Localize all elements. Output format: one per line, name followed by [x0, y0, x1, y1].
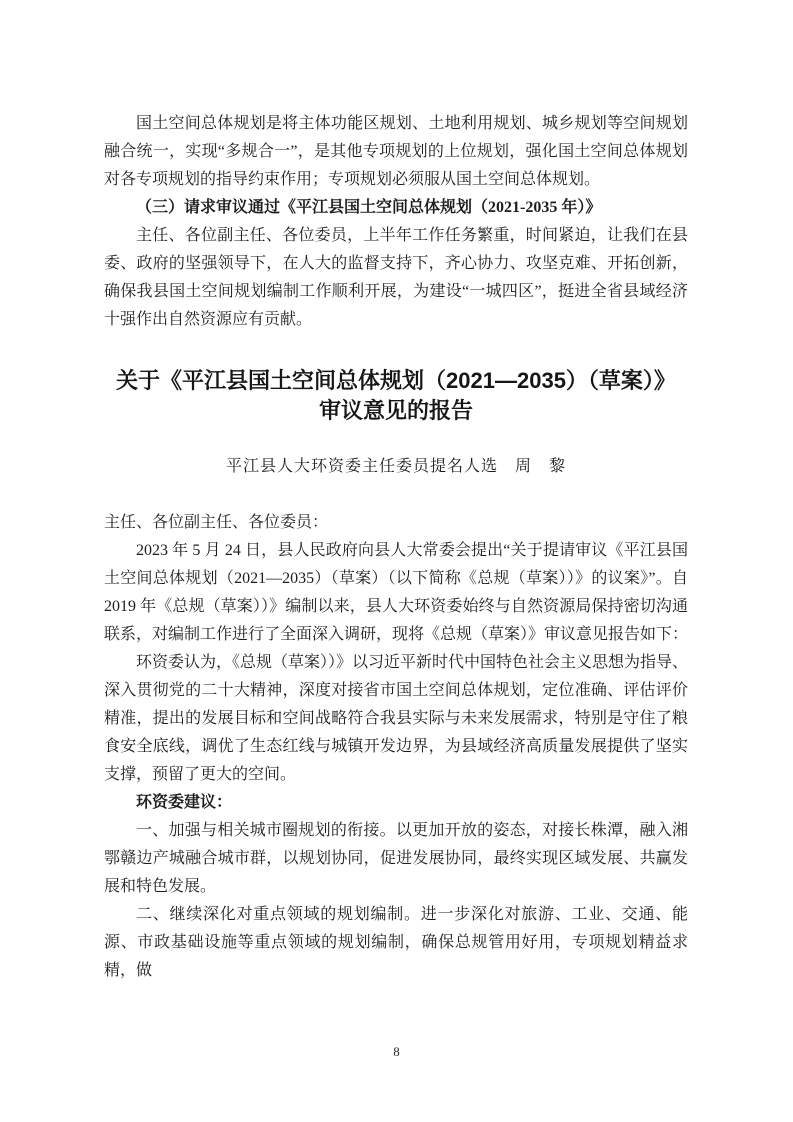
report-title-line-2: 审议意见的报告: [104, 396, 688, 426]
paragraph-request-closing: 主任、各位副主任、各位委员，上半年工作任务繁重，时间紧迫，让我们在县委、政府的坚…: [104, 222, 688, 334]
document-page: 国土空间总体规划是将主体功能区规划、土地利用规划、城乡规划等空间规划融合统一，实…: [0, 0, 793, 1122]
salutation-line: 主任、各位副主任、各位委员：: [104, 509, 688, 537]
report-byline: 平江县人大环资委主任委员提名人选 周 黎: [104, 453, 688, 481]
report-title: 关于《平江县国土空间总体规划（2021—2035）（草案）》 审议意见的报告: [104, 366, 688, 426]
heading-committee-suggestions: 环资委建议：: [104, 789, 688, 817]
section-heading-request-approval: （三）请求审议通过《平江县国土空间总体规划（2021-2035 年）》: [104, 194, 688, 222]
paragraph-suggestion-1: 一、加强与相关城市圈规划的衔接。以更加开放的姿态，对接长株潭，融入湘鄂赣边产城融…: [104, 817, 688, 901]
page-number: 8: [0, 1044, 793, 1060]
paragraph-suggestion-2: 二、继续深化对重点领域的规划编制。进一步深化对旅游、工业、交通、能源、市政基础设…: [104, 901, 688, 985]
paragraph-submission-history: 2023 年 5 月 24 日，县人民政府向县人大常委会提出“关于提请审议《平江…: [104, 537, 688, 649]
paragraph-committee-opinion: 环资委认为，《总规（草案））》以习近平新时代中国特色社会主义思想为指导、深入贯彻…: [104, 649, 688, 789]
paragraph-plan-overview: 国土空间总体规划是将主体功能区规划、土地利用规划、城乡规划等空间规划融合统一，实…: [104, 110, 688, 194]
report-title-line-1: 关于《平江县国土空间总体规划（2021—2035）（草案）》: [104, 366, 688, 396]
document-content: 国土空间总体规划是将主体功能区规划、土地利用规划、城乡规划等空间规划融合统一，实…: [104, 110, 688, 985]
